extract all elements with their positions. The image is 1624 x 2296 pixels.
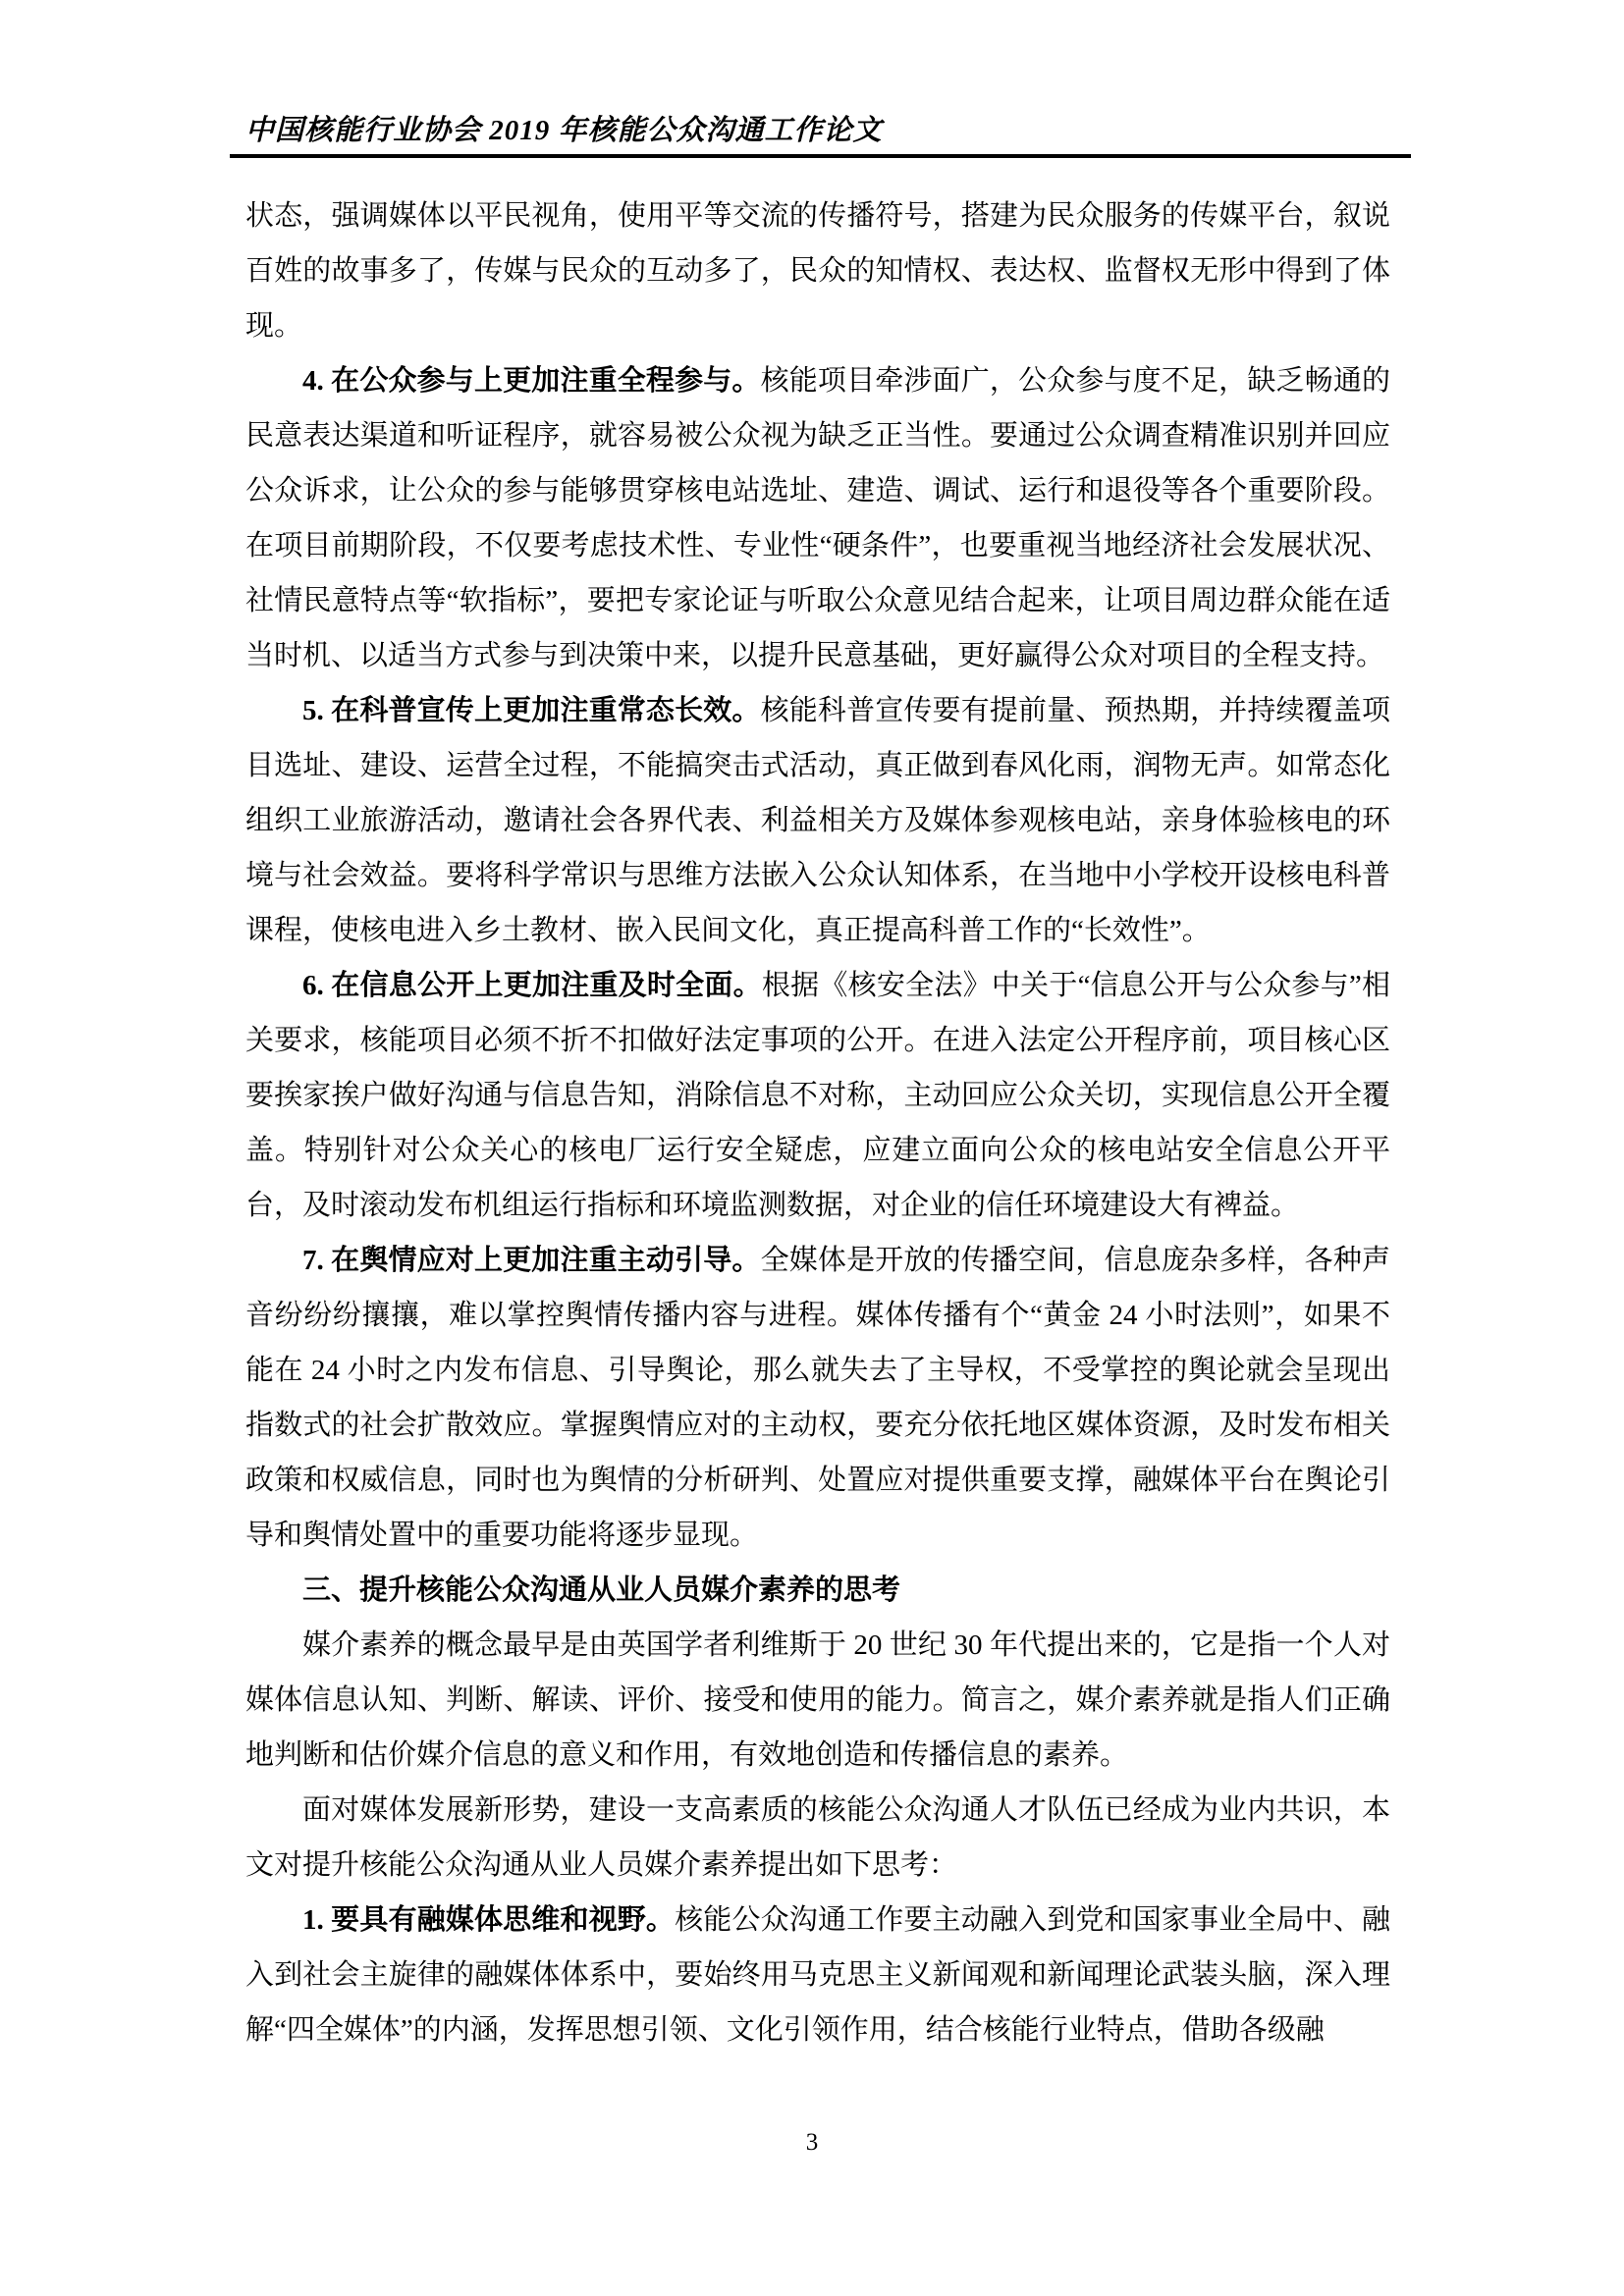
- page-number: 3: [0, 2128, 1624, 2158]
- paragraph-media-literacy-definition-text: 媒介素养的概念最早是由英国学者利维斯于 20 世纪 30 年代提出来的，它是指一…: [245, 1629, 1390, 1771]
- document-body: 状态，强调媒体以平民视角，使用平等交流的传播符号，搭建为民众服务的传媒平台，叙说…: [245, 188, 1390, 2057]
- paragraph-item-6: 6. 在信息公开上更加注重及时全面。根据《核安全法》中关于“信息公开与公众参与”…: [245, 958, 1390, 1233]
- paragraph-item-1-lead: 1. 要具有融媒体思维和视野。: [302, 1904, 675, 1936]
- paragraph-media-trend-text: 面对媒体发展新形势，建设一支高素质的核能公众沟通人才队伍已经成为业内共识，本文对…: [245, 1794, 1390, 1881]
- paragraph-media-literacy-definition: 媒介素养的概念最早是由英国学者利维斯于 20 世纪 30 年代提出来的，它是指一…: [245, 1618, 1390, 1783]
- paragraph-item-7: 7. 在舆情应对上更加注重主动引导。全媒体是开放的传播空间，信息庞杂多样，各种声…: [245, 1233, 1390, 1563]
- paragraph-item-7-lead: 7. 在舆情应对上更加注重主动引导。: [302, 1245, 761, 1276]
- paragraph-continuation-text: 状态，强调媒体以平民视角，使用平等交流的传播符号，搭建为民众服务的传媒平台，叙说…: [245, 200, 1390, 342]
- paragraph-media-trend: 面对媒体发展新形势，建设一支高素质的核能公众沟通人才队伍已经成为业内共识，本文对…: [245, 1783, 1390, 1893]
- document-page: 中国核能行业协会 2019 年核能公众沟通工作论文 状态，强调媒体以平民视角，使…: [0, 0, 1624, 2296]
- header-title: 中国核能行业协会 2019 年核能公众沟通工作论文: [230, 114, 1411, 147]
- paragraph-item-5-text: 核能科普宣传要有提前量、预热期，并持续覆盖项目选址、建设、运营全过程，不能搞突击…: [245, 695, 1390, 946]
- paragraph-item-6-text: 根据《核安全法》中关于“信息公开与公众参与”相关要求，核能项目必须不折不扣做好法…: [245, 970, 1390, 1221]
- page-header: 中国核能行业协会 2019 年核能公众沟通工作论文: [230, 114, 1411, 158]
- paragraph-item-5-lead: 5. 在科普宣传上更加注重常态长效。: [302, 695, 761, 726]
- paragraph-item-4-lead: 4. 在公众参与上更加注重全程参与。: [302, 365, 761, 397]
- paragraph-continuation: 状态，强调媒体以平民视角，使用平等交流的传播符号，搭建为民众服务的传媒平台，叙说…: [245, 188, 1390, 353]
- paragraph-item-4: 4. 在公众参与上更加注重全程参与。核能项目牵涉面广，公众参与度不足，缺乏畅通的…: [245, 353, 1390, 683]
- paragraph-item-1: 1. 要具有融媒体思维和视野。核能公众沟通工作要主动融入到党和国家事业全局中、融…: [245, 1893, 1390, 2057]
- paragraph-item-5: 5. 在科普宣传上更加注重常态长效。核能科普宣传要有提前量、预热期，并持续覆盖项…: [245, 683, 1390, 958]
- header-rule: [230, 154, 1411, 158]
- paragraph-item-4-text: 核能项目牵涉面广，公众参与度不足，缺乏畅通的民意表达渠道和听证程序，就容易被公众…: [245, 365, 1390, 671]
- section-heading: 三、提升核能公众沟通从业人员媒介素养的思考: [245, 1563, 1390, 1618]
- paragraph-item-6-lead: 6. 在信息公开上更加注重及时全面。: [302, 970, 762, 1001]
- paragraph-item-7-text: 全媒体是开放的传播空间，信息庞杂多样，各种声音纷纷纷攘攘，难以掌控舆情传播内容与…: [245, 1245, 1390, 1551]
